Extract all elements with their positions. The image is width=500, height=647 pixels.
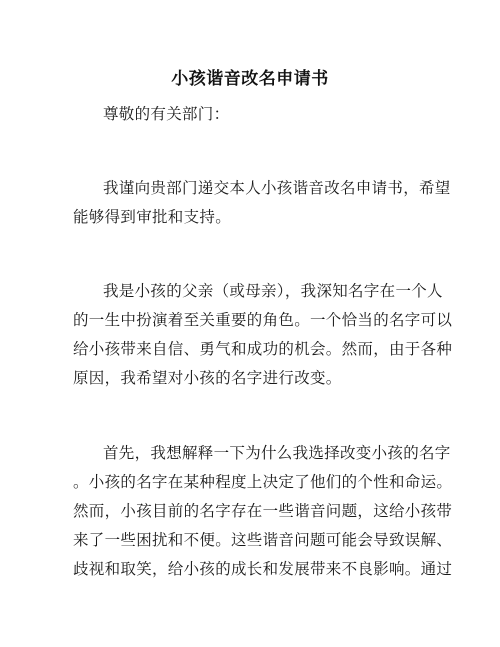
document-title: 小孩谐音改名申请书	[0, 64, 500, 89]
paragraph-line: 歧视和取笑，给小孩的成长和发展带来不良影响。通过	[73, 559, 427, 579]
paragraph-line: 能够得到审批和支持。	[73, 207, 427, 227]
paragraph-line: 的一生中扮演着至关重要的角色。一个恰当的名字可以	[73, 310, 427, 330]
paragraph-line: 。小孩的名字在某种程度上决定了他们的个性和命运。	[73, 472, 427, 492]
paragraph-line: 然而，小孩目前的名字存在一些谐音问题，这给小孩带	[73, 501, 427, 521]
paragraph-line: 首先，我想解释一下为什么我选择改变小孩的名字	[103, 443, 427, 463]
paragraph-line: 我谨向贵部门递交本人小孩谐音改名申请书，希望	[103, 178, 427, 198]
paragraph-line: 来了一些困扰和不便。这些谐音问题可能会导致误解、	[73, 530, 427, 550]
salutation: 尊敬的有关部门：	[103, 104, 427, 124]
paragraph-line: 给小孩带来自信、勇气和成功的机会。然而，由于各种	[73, 339, 427, 359]
paragraph-line: 我是小孩的父亲（或母亲），我深知名字在一个人	[103, 281, 427, 301]
paragraph-line: 原因，我希望对小孩的名字进行改变。	[73, 368, 427, 388]
